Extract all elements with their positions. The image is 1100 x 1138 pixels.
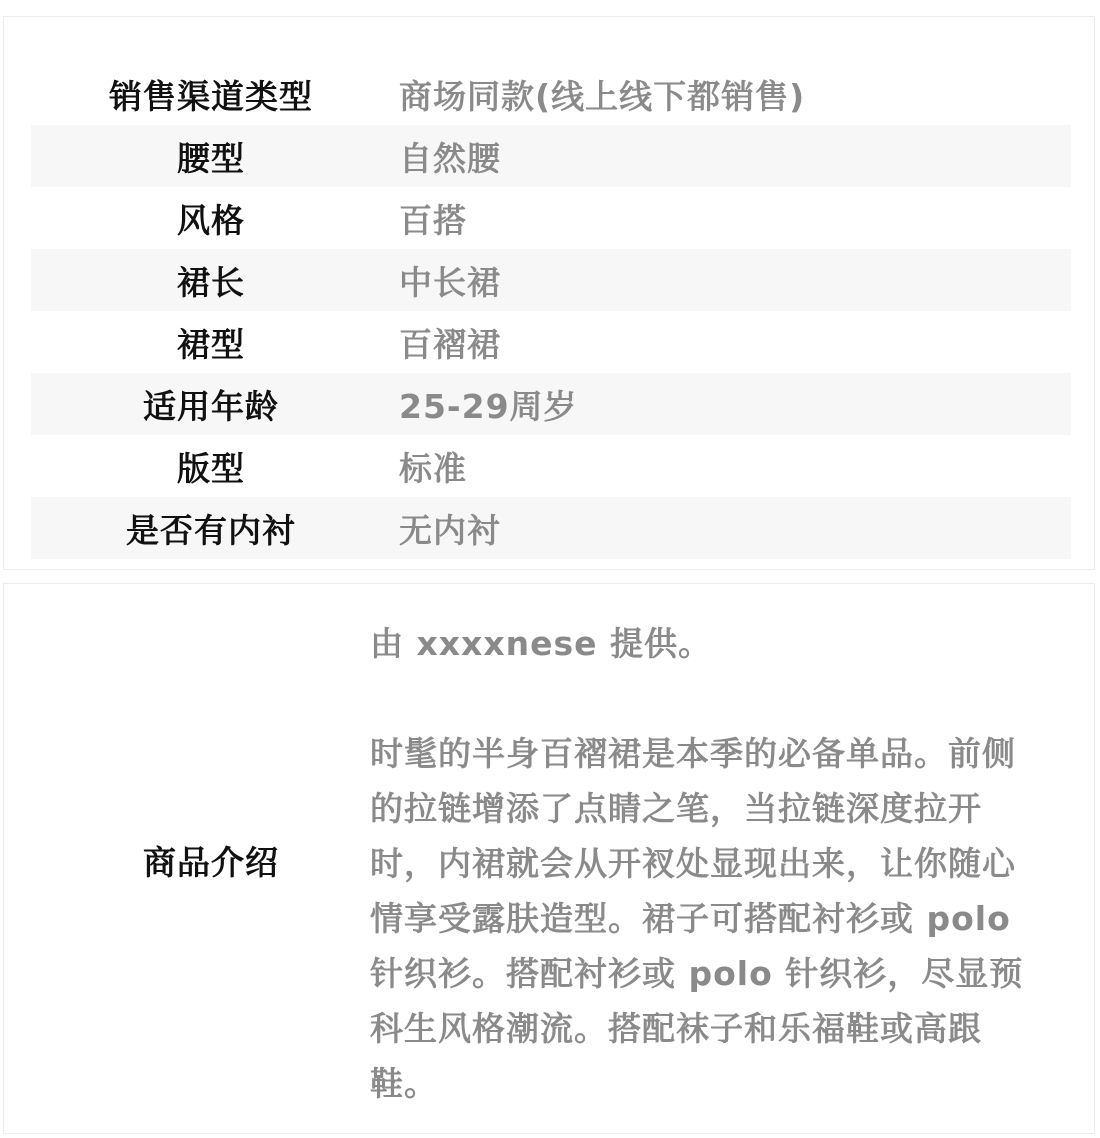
- spec-value: 商场同款(线上线下都销售): [391, 71, 805, 118]
- spec-row-waist: 腰型 自然腰: [31, 125, 1071, 187]
- spec-label: 腰型: [31, 133, 391, 180]
- spec-value: 中长裙: [391, 257, 501, 304]
- product-intro-card: 商品介绍 由 xxxxnese 提供。 时髦的半身百褶裙是本季的必备单品。前侧的…: [3, 583, 1095, 1134]
- spec-row-skirt-length: 裙长 中长裙: [31, 249, 1071, 311]
- spec-row-fit: 版型 标准: [31, 435, 1071, 497]
- spec-label: 裙型: [31, 319, 391, 366]
- spec-row-skirt-type: 裙型 百褶裙: [31, 311, 1071, 373]
- spec-value: 标准: [391, 443, 467, 490]
- intro-label: 商品介绍: [31, 837, 391, 884]
- spec-row-sales-channel: 销售渠道类型 商场同款(线上线下都销售): [31, 63, 1071, 125]
- spec-row-age: 适用年龄 25-29周岁: [31, 373, 1071, 435]
- intro-provider: 由 xxxxnese 提供。: [370, 616, 1045, 671]
- spec-label: 销售渠道类型: [31, 71, 391, 118]
- intro-description: 时髦的半身百褶裙是本季的必备单品。前侧的拉链增添了点睛之笔，当拉链深度拉开时，内…: [370, 726, 1045, 1111]
- spec-value: 无内衬: [391, 505, 501, 552]
- intro-text: 由 xxxxnese 提供。 时髦的半身百褶裙是本季的必备单品。前侧的拉链增添了…: [370, 616, 1045, 1111]
- spec-row-lining: 是否有内衬 无内衬: [31, 497, 1071, 559]
- spec-label: 适用年龄: [31, 381, 391, 428]
- spec-row-style: 风格 百搭: [31, 187, 1071, 249]
- spec-label: 风格: [31, 195, 391, 242]
- spec-value: 25-29周岁: [391, 381, 578, 428]
- spec-value: 百褶裙: [391, 319, 501, 366]
- spec-value: 自然腰: [391, 133, 501, 180]
- spec-value: 百搭: [391, 195, 467, 242]
- spec-label: 是否有内衬: [31, 505, 391, 552]
- spec-label: 版型: [31, 443, 391, 490]
- spec-label: 裙长: [31, 257, 391, 304]
- product-specs-card: 销售渠道类型 商场同款(线上线下都销售) 腰型 自然腰 风格 百搭 裙长 中长裙…: [3, 16, 1095, 570]
- specs-table: 销售渠道类型 商场同款(线上线下都销售) 腰型 自然腰 风格 百搭 裙长 中长裙…: [31, 63, 1071, 559]
